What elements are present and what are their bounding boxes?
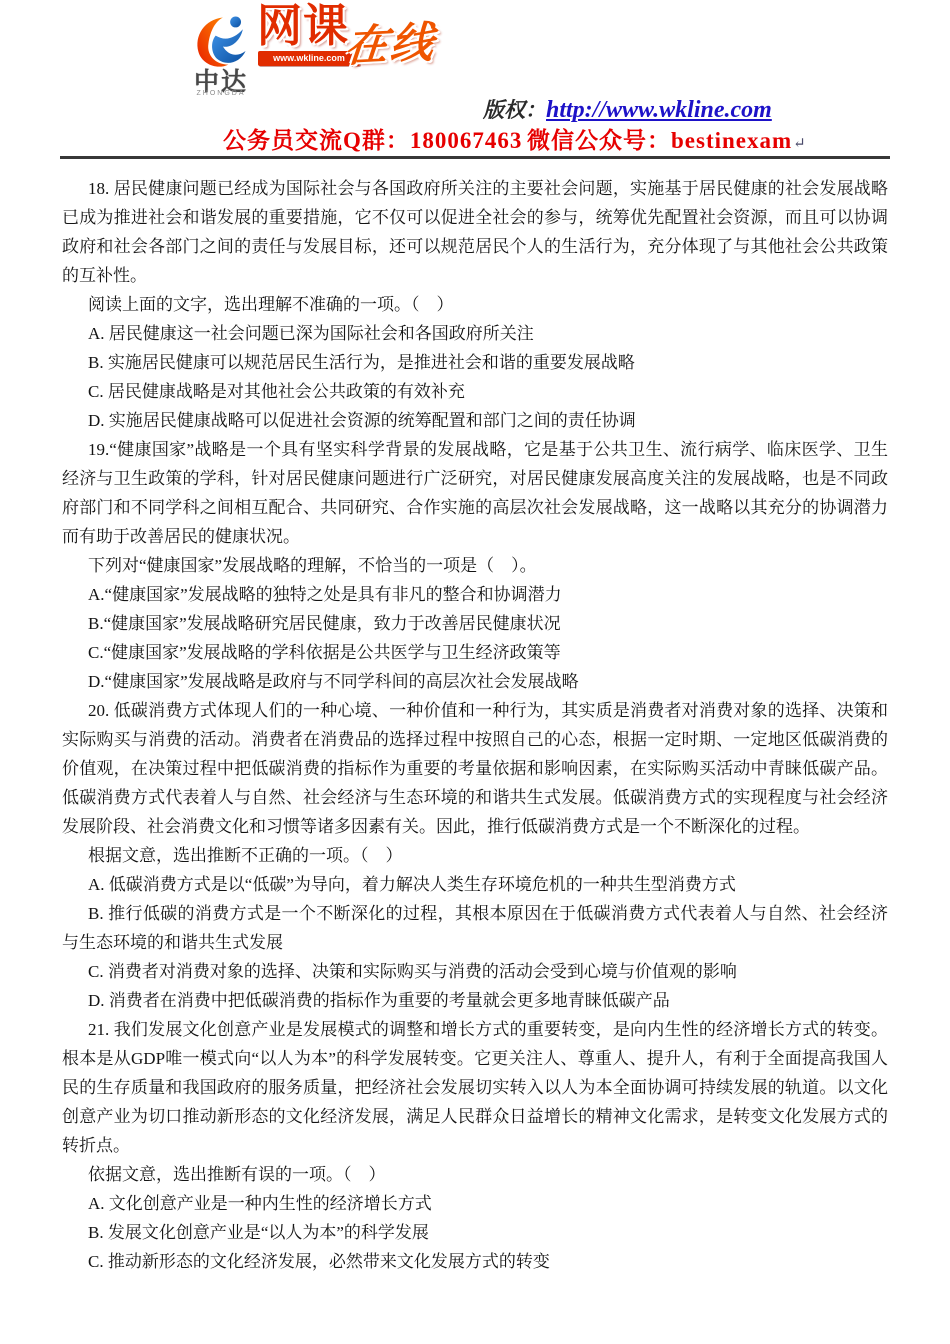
option-a: A. 文化创意产业是一种内生性的经济增长方式 (62, 1189, 888, 1218)
question-stem: 下列对“健康国家”发展战略的理解，不恰当的一项是（ ）。 (62, 551, 888, 580)
copyright-link[interactable]: http://www.wkline.com (546, 97, 772, 123)
document-page: 中达 ZHONGDA 网课 www.wkline.com 在线 版权：http:… (0, 0, 950, 1344)
question-20: 20. 低碳消费方式体现人们的一种心境、一种价值和一种行为，其实质是消费者对消费… (62, 696, 888, 1015)
question-passage: 19.“健康国家”战略是一个具有坚实科学背景的发展战略，它是基于公共卫生、流行病… (62, 435, 888, 551)
question-stem: 根据文意，选出推断不正确的一项。（ ） (62, 841, 888, 870)
question-18: 18. 居民健康问题已经成为国际社会与各国政府所关注的主要社会问题，实施基于居民… (62, 174, 888, 435)
wechat-text: 微信公众号：bestinexam (527, 128, 792, 153)
option-c: C. 居民健康战略是对其他社会公共政策的有效补充 (62, 377, 888, 406)
brand-name-en: ZHONGDA (183, 90, 259, 97)
return-mark-icon: ↵ (793, 136, 807, 152)
option-b: B. 推行低碳的消费方式是一个不断深化的过程，其根本原因在于低碳消费方式代表着人… (62, 899, 888, 957)
question-stem: 依据文意，选出推断有误的一项。（ ） (62, 1160, 888, 1189)
option-a: A. 居民健康这一社会问题已深为国际社会和各国政府所关注 (62, 319, 888, 348)
option-a: A. 低碳消费方式是以“低碳”为导向，着力解决人类生存环境危机的一种共生型消费方… (62, 870, 888, 899)
question-passage: 18. 居民健康问题已经成为国际社会与各国政府所关注的主要社会问题，实施基于居民… (62, 174, 888, 290)
option-a: A.“健康国家”发展战略的独特之处是具有非凡的整合和协调潜力 (62, 580, 888, 609)
option-d: D. 消费者在消费中把低碳消费的指标作为重要的考量就会更多地青睐低碳产品 (62, 986, 888, 1015)
option-b: B. 发展文化创意产业是“以人为本”的科学发展 (62, 1218, 888, 1247)
wechat-line: 微信公众号：bestinexam↵ (527, 122, 807, 155)
logo-title-zaixian: 在线 (343, 20, 438, 71)
option-b: B. 实施居民健康可以规范居民生活行为，是推进社会和谐的重要发展战略 (62, 348, 888, 377)
copyright-label: 版权： (483, 98, 546, 122)
brand-logo: 中达 ZHONGDA 网课 www.wkline.com 在线 (183, 2, 453, 102)
qq-group-line: 公务员交流Q群：180067463 (223, 122, 522, 155)
option-b: B.“健康国家”发展战略研究居民健康，致力于改善居民健康状况 (62, 609, 888, 638)
option-c: C. 消费者对消费对象的选择、决策和实际购买与消费的活动会受到心境与价值观的影响 (62, 957, 888, 986)
copyright-line: 版权：http://www.wkline.com (483, 94, 772, 124)
question-21: 21. 我们发展文化创意产业是发展模式的调整和增长方式的重要转变，是向内生性的经… (62, 1015, 888, 1276)
question-list: 18. 居民健康问题已经成为国际社会与各国政府所关注的主要社会问题，实施基于居民… (62, 159, 888, 1276)
option-d: D.“健康国家”发展战略是政府与不同学科间的高层次社会发展战略 (62, 667, 888, 696)
header: 中达 ZHONGDA 网课 www.wkline.com 在线 版权：http:… (0, 0, 950, 156)
logo-title-wangke: 网课 (257, 2, 349, 50)
option-c: C. 推动新形态的文化经济发展，必然带来文化发展方式的转变 (62, 1247, 888, 1276)
question-passage: 21. 我们发展文化创意产业是发展模式的调整和增长方式的重要转变，是向内生性的经… (62, 1015, 888, 1160)
option-d: D. 实施居民健康战略可以促进社会资源的统筹配置和部门之间的责任协调 (62, 406, 888, 435)
question-19: 19.“健康国家”战略是一个具有坚实科学背景的发展战略，它是基于公共卫生、流行病… (62, 435, 888, 696)
question-stem: 阅读上面的文字，选出理解不准确的一项。（ ） (62, 290, 888, 319)
question-passage: 20. 低碳消费方式体现人们的一种心境、一种价值和一种行为，其实质是消费者对消费… (62, 696, 888, 841)
option-c: C.“健康国家”发展战略的学科依据是公共医学与卫生经济政策等 (62, 638, 888, 667)
